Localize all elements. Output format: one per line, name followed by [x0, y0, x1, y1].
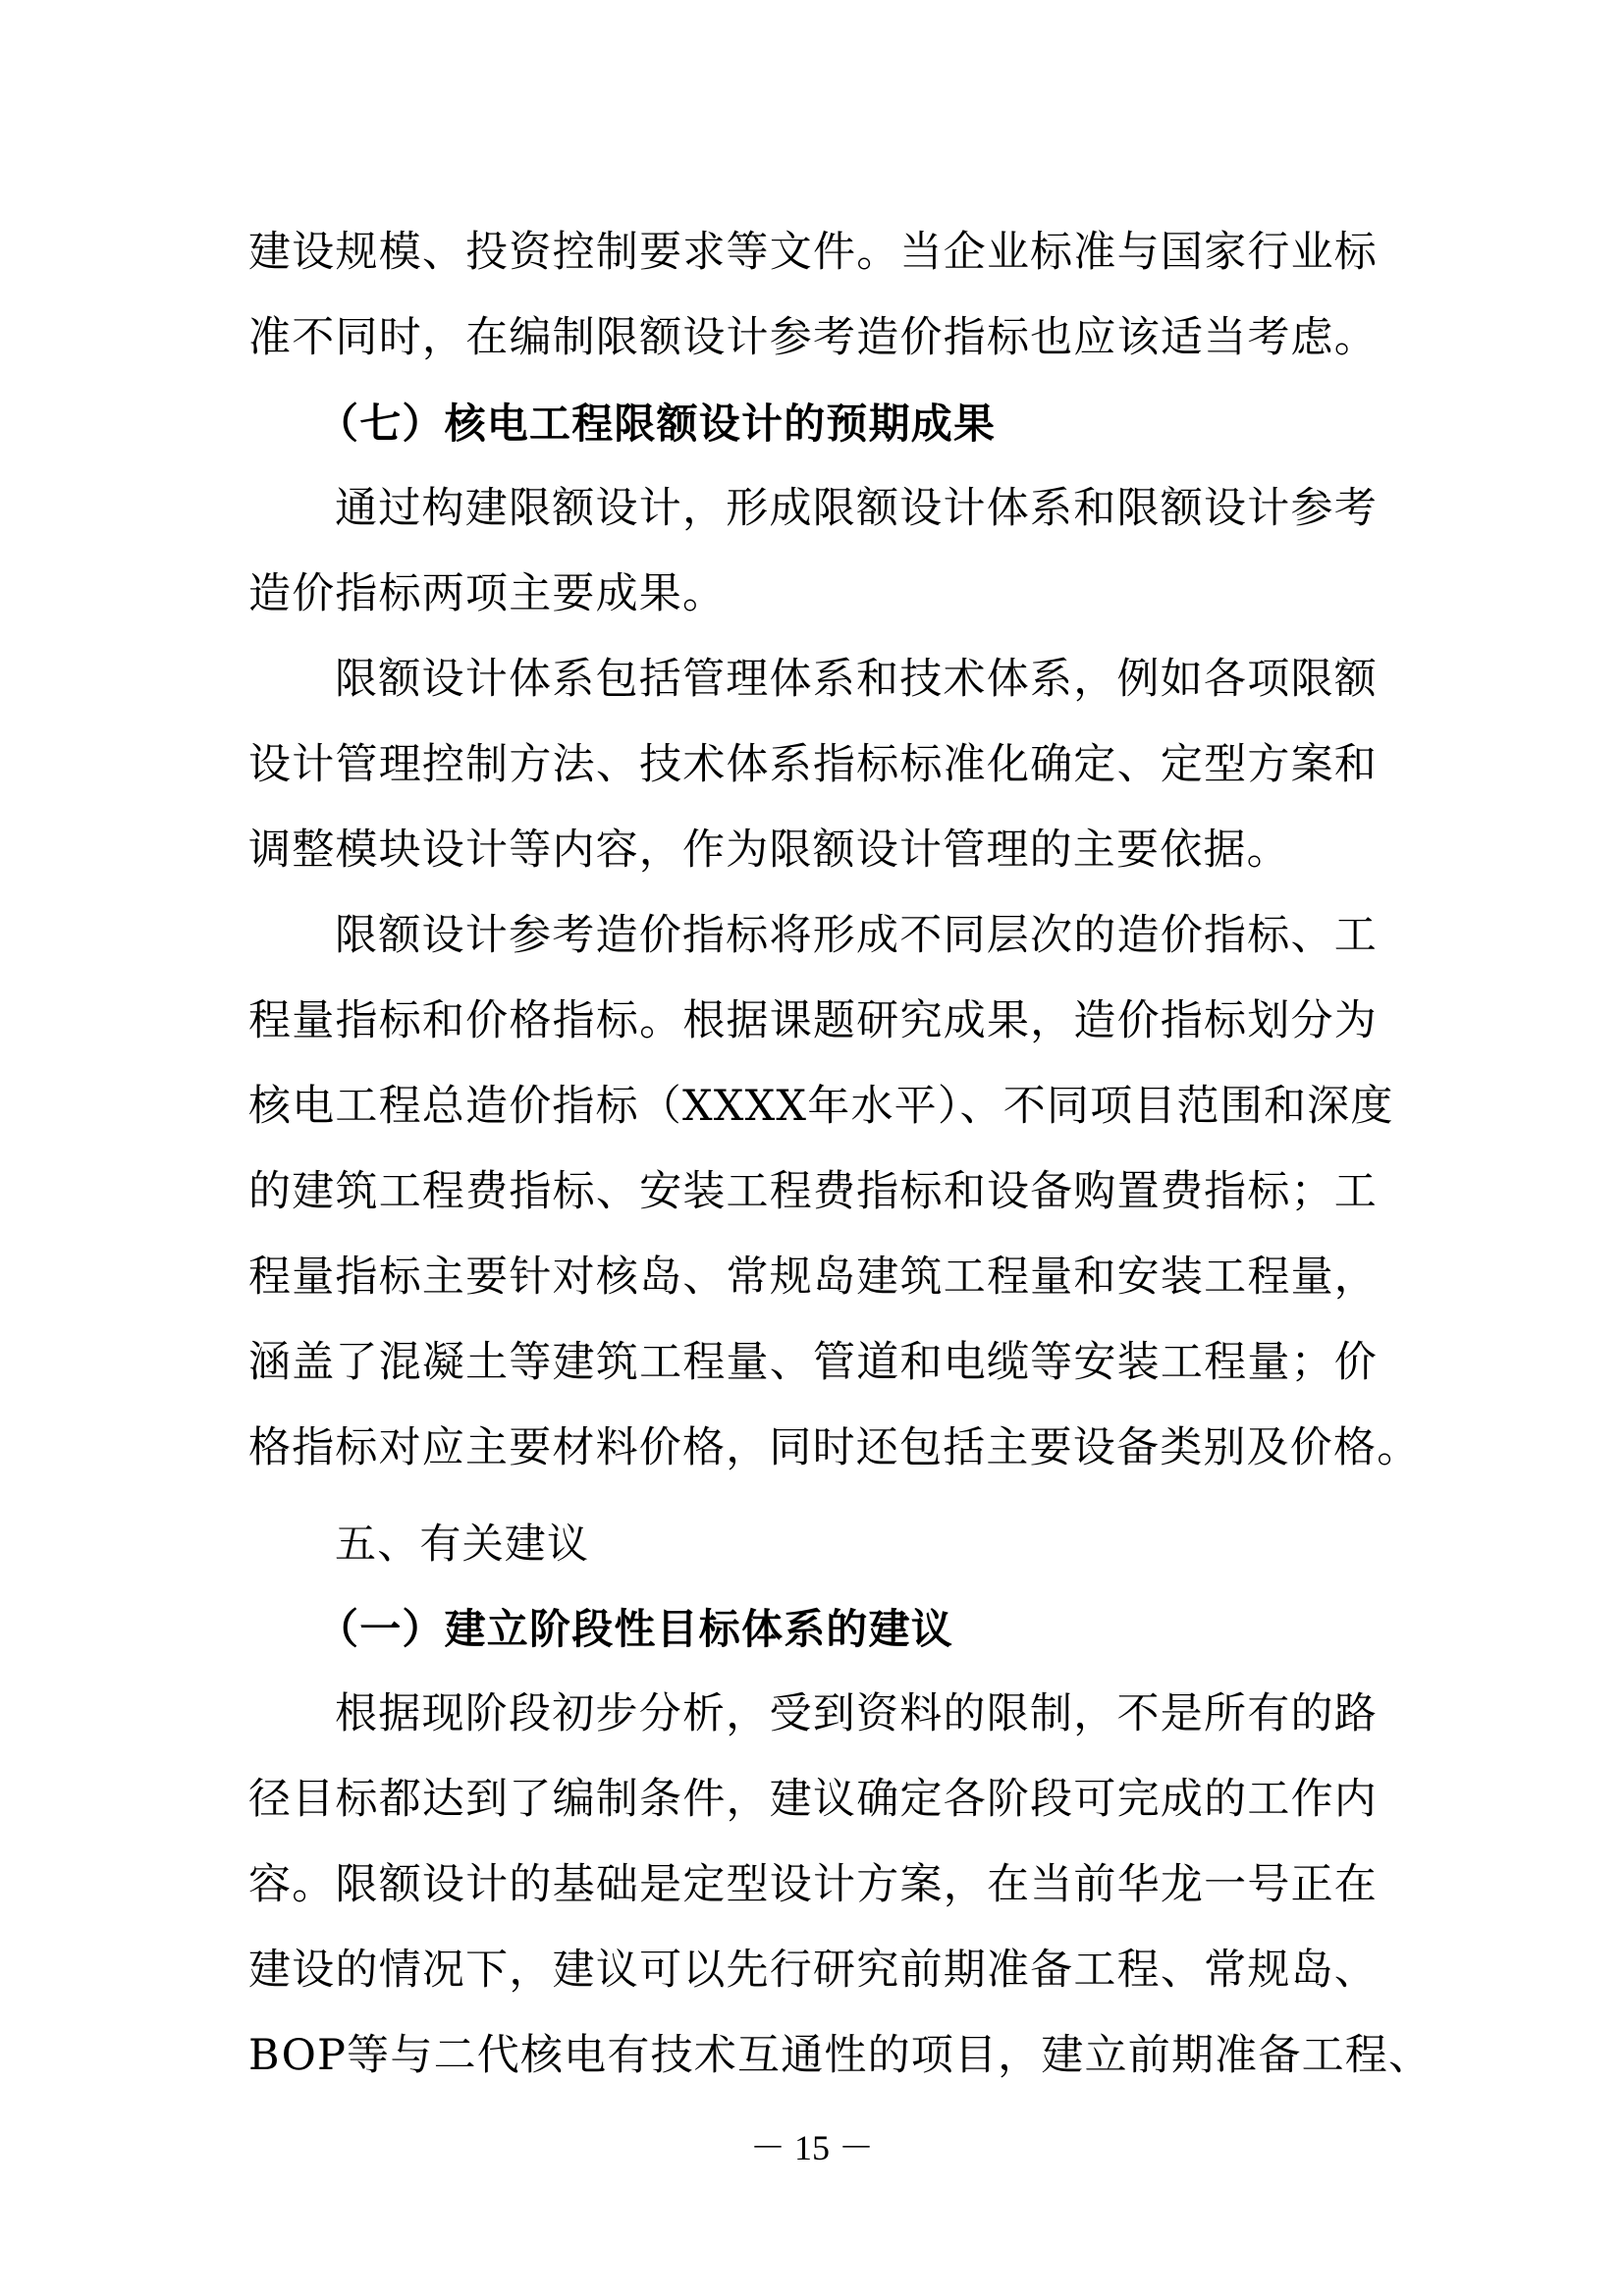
section-spacer — [248, 1491, 1378, 1501]
section-heading-7: （七）核电工程限额设计的预期成果 — [248, 381, 1378, 466]
page-number: － 15 － — [0, 2120, 1624, 2170]
paragraph-line: 造价指标两项主要成果。 — [248, 552, 1378, 637]
paragraph-line: 程量指标主要针对核岛、常规岛建筑工程量和安装工程量， — [248, 1235, 1378, 1320]
paragraph-line: 程量指标和价格指标。根据课题研究成果，造价指标划分为 — [248, 979, 1378, 1064]
paragraph-line: 限额设计体系包括管理体系和技术体系，例如各项限额 — [248, 637, 1378, 722]
paragraph-line: 核电工程总造价指标（XXXX年水平）、不同项目范围和深度 — [248, 1064, 1378, 1149]
document-page: 建设规模、投资控制要求等文件。当企业标准与国家行业标 准不同时，在编制限额设计参… — [0, 0, 1624, 2296]
paragraph-line: 准不同时，在编制限额设计参考造价指标也应该适当考虑。 — [248, 295, 1378, 381]
section-heading-1: （一）建立阶段性目标体系的建议 — [248, 1586, 1378, 1672]
paragraph-line: 格指标对应主要材料价格，同时还包括主要设备类别及价格。 — [248, 1406, 1378, 1491]
paragraph-line: 建设规模、投资控制要求等文件。当企业标准与国家行业标 — [248, 210, 1378, 295]
paragraph-line: 根据现阶段初步分析，受到资料的限制，不是所有的路 — [248, 1672, 1378, 1757]
paragraph-line: 的建筑工程费指标、安装工程费指标和设备购置费指标；工 — [248, 1149, 1378, 1235]
paragraph-line: BOP等与二代核电有技术互通性的项目，建立前期准备工程、 — [248, 2013, 1378, 2099]
chapter-heading-5: 五、有关建议 — [248, 1501, 1378, 1586]
paragraph-line: 容。限额设计的基础是定型设计方案，在当前华龙一号正在 — [248, 1842, 1378, 1928]
paragraph-line: 径目标都达到了编制条件，建议确定各阶段可完成的工作内 — [248, 1757, 1378, 1842]
paragraph-line: 建设的情况下，建议可以先行研究前期准备工程、常规岛、 — [248, 1928, 1378, 2013]
paragraph-line: 设计管理控制方法、技术体系指标标准化确定、定型方案和 — [248, 722, 1378, 808]
paragraph-line: 调整模块设计等内容，作为限额设计管理的主要依据。 — [248, 808, 1378, 893]
page-body: 建设规模、投资控制要求等文件。当企业标准与国家行业标 准不同时，在编制限额设计参… — [248, 210, 1378, 2099]
paragraph-line: 通过构建限额设计，形成限额设计体系和限额设计参考 — [248, 466, 1378, 552]
paragraph-line: 限额设计参考造价指标将形成不同层次的造价指标、工 — [248, 893, 1378, 979]
paragraph-line: 涵盖了混凝土等建筑工程量、管道和电缆等安装工程量；价 — [248, 1320, 1378, 1406]
